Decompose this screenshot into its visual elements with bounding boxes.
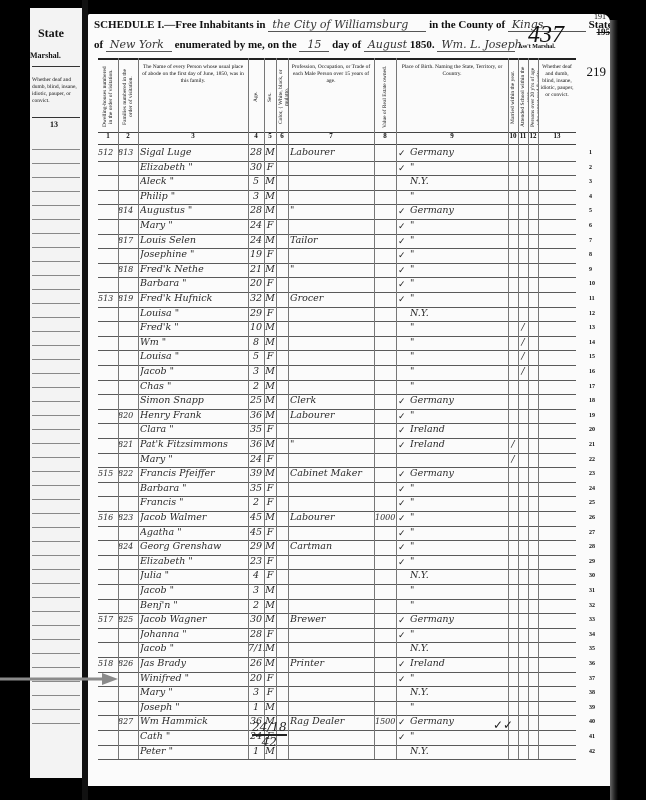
cell-family: 822 [118, 467, 138, 481]
cell-c10 [508, 511, 518, 525]
cell-c11 [518, 730, 528, 744]
cell-c10 [508, 234, 518, 248]
cell-dwelling [98, 628, 118, 642]
grid-line [248, 58, 249, 759]
cell-sex: F [264, 453, 276, 467]
check-mark-icon: ✓ [398, 248, 406, 262]
cell-age: 39 [248, 467, 264, 481]
cell-birth: " [410, 409, 506, 423]
cell-age: 45 [248, 526, 264, 540]
check-mark-icon: ✓ [398, 511, 406, 525]
cell-name: Winifred " [140, 672, 248, 686]
column-header-12: Persons over 20 y'rs of age who cannot r… [528, 60, 538, 132]
cell-dwelling [98, 730, 118, 744]
cell-family [118, 745, 138, 759]
cell-birth: Ireland [410, 423, 506, 437]
column-header-4: Age. [248, 60, 264, 132]
cell-c10 [508, 292, 518, 306]
cell-c11: / [518, 365, 528, 379]
cell-family [118, 394, 138, 408]
cell-birth: " [410, 190, 506, 204]
cell-dwelling [98, 715, 118, 729]
cell-family [118, 686, 138, 700]
cell-age: 20 [248, 277, 264, 291]
cell-c11 [518, 657, 528, 671]
cell-sex: F [264, 219, 276, 233]
cell-birth: " [410, 365, 506, 379]
cell-sex: F [264, 248, 276, 262]
column-number: 11 [518, 132, 528, 140]
cell-value [375, 219, 396, 233]
cell-c12 [528, 204, 538, 218]
cell-value [375, 146, 396, 160]
table-row: Clara "35FIreland✓20 [98, 423, 576, 439]
cell-sex: M [264, 190, 276, 204]
cell-c11 [518, 248, 528, 262]
line-number: 11 [589, 292, 595, 306]
prev-ruled-lines [32, 136, 80, 726]
cell-c12 [528, 555, 538, 569]
check-mark-icon: ✓ [398, 423, 406, 437]
cell-c12 [528, 657, 538, 671]
cell-birth: " [410, 234, 506, 248]
cell-sex: M [264, 146, 276, 160]
cell-age: 32 [248, 292, 264, 306]
cell-c10 [508, 569, 518, 583]
table-row: Wm "8M"/14 [98, 336, 576, 352]
column-header-6: Color, { White, black, or mulatto. [276, 60, 288, 132]
cell-family: 827 [118, 715, 138, 729]
column-header-7: Profession, Occupation, or Trade of each… [288, 60, 374, 132]
prev-marshal-label: Marshal. [30, 51, 61, 60]
cell-value: 1000 [375, 511, 396, 525]
cell-c10 [508, 467, 518, 481]
cell-occupation [290, 599, 374, 613]
cell-occupation [290, 336, 374, 350]
column-header-label: Sex. [267, 64, 273, 130]
cell-age: 19 [248, 248, 264, 262]
cell-family [118, 161, 138, 175]
cell-birth: " [410, 599, 506, 613]
cell-value [375, 263, 396, 277]
of-label: of [94, 39, 103, 51]
cell-c12 [528, 628, 538, 642]
cell-sex: F [264, 569, 276, 583]
cell-c11: / [518, 350, 528, 364]
cell-birth: Germany [410, 613, 506, 627]
prev-state-label: State [38, 26, 64, 41]
cell-family [118, 526, 138, 540]
cell-c12 [528, 730, 538, 744]
cell-c10 [508, 482, 518, 496]
cell-occupation [290, 482, 374, 496]
check-mark-icon: ✓ [398, 555, 406, 569]
cell-value [375, 190, 396, 204]
cell-birth: " [410, 628, 506, 642]
cell-c12 [528, 496, 538, 510]
cell-occupation [290, 175, 374, 189]
cell-dwelling [98, 161, 118, 175]
cell-dwelling [98, 701, 118, 715]
column-header-label: Dwelling-houses numbered in the order of… [102, 64, 114, 130]
table-row: 516823Jacob Walmer45MLabourer1000"✓26 [98, 511, 576, 527]
cell-c11 [518, 555, 528, 569]
line-number: 28 [589, 540, 595, 554]
cell-family [118, 482, 138, 496]
grid-line [276, 58, 277, 759]
cell-value [375, 175, 396, 189]
line-number: 37 [589, 672, 595, 686]
cell-c12 [528, 423, 538, 437]
cell-name: Louis Selen [140, 234, 248, 248]
cell-dwelling [98, 482, 118, 496]
cell-dwelling [98, 496, 118, 510]
cell-dwelling [98, 686, 118, 700]
cell-age: 24 [248, 219, 264, 233]
line-number: 31 [589, 584, 595, 598]
cell-value [375, 467, 396, 481]
cell-age: 20 [248, 672, 264, 686]
cell-value [375, 453, 396, 467]
cell-family [118, 628, 138, 642]
cell-c12 [528, 438, 538, 452]
check-mark-icon: ✓ [398, 672, 406, 686]
cell-occupation [290, 248, 374, 262]
cell-age: 30 [248, 161, 264, 175]
cell-family [118, 175, 138, 189]
line-number: 12 [589, 307, 595, 321]
cell-dwelling [98, 190, 118, 204]
cell-family: 825 [118, 613, 138, 627]
check-mark-icon: ✓ [398, 467, 406, 481]
cell-occupation [290, 365, 374, 379]
cell-occupation: Labourer [290, 146, 374, 160]
cell-c11 [518, 628, 528, 642]
table-row: Louisa "29FN.Y.12 [98, 307, 576, 323]
column-number: 1 [98, 132, 118, 140]
table-row: Johanna "28F"✓34 [98, 628, 576, 644]
cell-c10 [508, 248, 518, 262]
line-number: 9 [589, 263, 592, 277]
cell-c12 [528, 248, 538, 262]
cell-c12 [528, 584, 538, 598]
totals-top: 24/18 [252, 721, 287, 736]
cell-c11 [518, 307, 528, 321]
cell-c10 [508, 701, 518, 715]
line-number: 35 [589, 642, 595, 656]
table-row: Elizabeth "30F"✓2 [98, 161, 576, 177]
cell-family [118, 584, 138, 598]
cell-c10 [508, 730, 518, 744]
cell-birth: Ireland [410, 657, 506, 671]
cell-name: Mary " [140, 686, 248, 700]
cell-dwelling [98, 175, 118, 189]
table-row: Joseph "1M"39 [98, 701, 576, 717]
check-mark-icon: ✓ [398, 161, 406, 175]
cell-dwelling [98, 453, 118, 467]
cell-c12 [528, 467, 538, 481]
cell-c12 [528, 599, 538, 613]
table-row: 512813Sigal Luge28MLabourerGermany✓1 [98, 146, 576, 162]
cell-c11 [518, 526, 528, 540]
cell-c12 [528, 569, 538, 583]
table-row: Chas "2M"17 [98, 380, 576, 396]
table-row: Peter "1MN.Y.42 [98, 745, 576, 761]
cell-c12 [528, 613, 538, 627]
cell-family [118, 219, 138, 233]
column-header-label: Persons over 20 y'rs of age who cannot r… [530, 64, 538, 130]
cell-family [118, 555, 138, 569]
cell-c11 [518, 496, 528, 510]
table-row: Mary "24F"✓6 [98, 219, 576, 235]
check-mark-icon: ✓ [398, 540, 406, 554]
cell-dwelling [98, 555, 118, 569]
cell-age: 3 [248, 584, 264, 598]
line-number: 26 [589, 511, 595, 525]
table-row: Aleck "5MN.Y.3 [98, 175, 576, 191]
cell-birth: " [410, 540, 506, 554]
cell-value [375, 540, 396, 554]
prev-column-header: Whether deaf and dumb, blind, insane, id… [32, 66, 80, 118]
cell-family: 817 [118, 234, 138, 248]
cell-age: 23 [248, 555, 264, 569]
cell-c11 [518, 277, 528, 291]
column-number: 6 [276, 132, 288, 140]
cell-birth: " [410, 730, 506, 744]
line-number: 7 [589, 234, 592, 248]
column-number: 2 [118, 132, 138, 140]
line-number: 42 [589, 745, 595, 759]
line-number: 6 [589, 219, 592, 233]
table-row: 821Pat'k Fitzsimmons36M"Ireland/✓21 [98, 438, 576, 454]
cell-c12 [528, 234, 538, 248]
cell-age: 3 [248, 365, 264, 379]
column-header-label: Value of Real Estate owned. [382, 64, 388, 130]
cell-c10: / [508, 453, 518, 467]
cell-value [375, 248, 396, 262]
cell-value [375, 409, 396, 423]
col11-total-mark: ✓ [503, 718, 513, 732]
column-number: 7 [288, 132, 374, 140]
cell-c11 [518, 204, 528, 218]
column-header-label: Attended School within the year. [520, 64, 528, 130]
cell-c12 [528, 511, 538, 525]
cell-family [118, 350, 138, 364]
cell-family [118, 453, 138, 467]
column-header-label: Color, { White, black, or mulatto. [278, 64, 288, 130]
cell-dwelling: 515 [98, 467, 118, 481]
line-number: 1 [589, 146, 592, 160]
cell-birth: " [410, 219, 506, 233]
cell-sex: M [264, 599, 276, 613]
cell-sex: M [264, 657, 276, 671]
cell-occupation [290, 219, 374, 233]
table-row: 814Augustus "28M"Germany✓5 [98, 204, 576, 220]
cell-c12 [528, 380, 538, 394]
cell-age: 2 [248, 496, 264, 510]
column-header-label: The Name of every Person whose usual pla… [140, 64, 246, 85]
cell-value [375, 423, 396, 437]
table-row: Mary "24F/22 [98, 453, 576, 469]
cell-name: Francis " [140, 496, 248, 510]
cell-c11 [518, 569, 528, 583]
cell-birth: " [410, 263, 506, 277]
previous-page-edge: State Marshal. Whether deaf and dumb, bl… [30, 8, 86, 778]
line-number: 38 [589, 686, 595, 700]
cell-birth: " [410, 161, 506, 175]
enumerated-label: enumerated by me, on the [175, 39, 297, 51]
cell-dwelling [98, 438, 118, 452]
cell-c11: / [518, 321, 528, 335]
line-number: 25 [589, 496, 595, 510]
cell-name: Johanna " [140, 628, 248, 642]
cell-sex: M [264, 365, 276, 379]
column-header-3: The Name of every Person whose usual pla… [138, 60, 248, 132]
cell-dwelling [98, 248, 118, 262]
cell-name: Mary " [140, 453, 248, 467]
cell-age: 3 [248, 190, 264, 204]
cell-occupation [290, 350, 374, 364]
cell-sex: F [264, 672, 276, 686]
cell-dwelling [98, 599, 118, 613]
cell-dwelling [98, 336, 118, 350]
cell-c10 [508, 745, 518, 759]
table-row: Elizabeth "23F"✓29 [98, 555, 576, 571]
line-number: 33 [589, 613, 595, 627]
cell-occupation [290, 423, 374, 437]
check-mark-icon: ✓ [398, 628, 406, 642]
column-number: 8 [374, 132, 396, 140]
cell-occupation: Clerk [290, 394, 374, 408]
cell-birth: Germany [410, 394, 506, 408]
cell-name: Jacob Wagner [140, 613, 248, 627]
cell-value [375, 672, 396, 686]
cell-name: Elizabeth " [140, 161, 248, 175]
state-field: New York [106, 38, 172, 52]
cell-name: Jacob " [140, 365, 248, 379]
cell-birth: " [410, 277, 506, 291]
column-header-2: Families numbered in the order of visita… [118, 60, 138, 132]
table-row: Mary "3FN.Y.38 [98, 686, 576, 702]
cell-c10 [508, 336, 518, 350]
cell-occupation: Grocer [290, 292, 374, 306]
column-number: 10 [508, 132, 518, 140]
cell-birth: N.Y. [410, 686, 506, 700]
cell-dwelling [98, 380, 118, 394]
cell-family [118, 496, 138, 510]
cell-age: 29 [248, 307, 264, 321]
cell-c12 [528, 409, 538, 423]
line-number: 40 [589, 715, 595, 729]
cell-occupation: " [290, 204, 374, 218]
cell-value [375, 657, 396, 671]
column-header-10: Married within the year. [508, 60, 518, 132]
cell-c10 [508, 540, 518, 554]
cell-dwelling [98, 745, 118, 759]
cell-birth: " [410, 584, 506, 598]
cell-sex: M [264, 540, 276, 554]
census-page: 191 195 219 SCHEDULE I.—Free Inhabitants… [88, 14, 610, 786]
cell-c10 [508, 496, 518, 510]
line-number: 3 [589, 175, 592, 189]
cell-c11 [518, 175, 528, 189]
cell-dwelling [98, 423, 118, 437]
check-mark-icon: ✓ [398, 715, 406, 729]
cell-c10 [508, 555, 518, 569]
cell-occupation [290, 277, 374, 291]
cell-family [118, 321, 138, 335]
check-mark-icon: ✓ [398, 613, 406, 627]
cell-name: Joseph " [140, 701, 248, 715]
cell-dwelling [98, 569, 118, 583]
day-field: 15 [299, 38, 329, 52]
cell-dwelling: 518 [98, 657, 118, 671]
cell-dwelling: 513 [98, 292, 118, 306]
cell-value [375, 292, 396, 306]
cell-c12 [528, 350, 538, 364]
cell-age: 30 [248, 613, 264, 627]
cell-value [375, 584, 396, 598]
cell-birth: Germany [410, 715, 506, 729]
cell-value [375, 350, 396, 364]
cell-c11 [518, 540, 528, 554]
cell-dwelling [98, 204, 118, 218]
cell-c12 [528, 263, 538, 277]
cell-c12 [528, 365, 538, 379]
column-header-label: Married within the year. [510, 64, 516, 130]
cell-family [118, 672, 138, 686]
cell-age: 5 [248, 175, 264, 189]
cell-age: 1 [248, 701, 264, 715]
grid-line [528, 58, 529, 759]
cell-c12 [528, 686, 538, 700]
column-number: 4 [248, 132, 264, 140]
check-mark-icon: ✓ [398, 394, 406, 408]
cell-c12 [528, 394, 538, 408]
cell-age: 24 [248, 453, 264, 467]
cell-sex: M [264, 584, 276, 598]
cell-occupation [290, 380, 374, 394]
line-number: 14 [589, 336, 595, 350]
cell-value [375, 394, 396, 408]
column-header-13: Whether deaf and dumb, blind, insane, id… [538, 60, 576, 132]
cell-c10 [508, 526, 518, 540]
cell-c10 [508, 613, 518, 627]
cell-sex: M [264, 467, 276, 481]
column-header-9: Place of Birth. Naming the State, Territ… [396, 60, 508, 132]
line-number: 21 [589, 438, 595, 452]
cell-occupation [290, 686, 374, 700]
cell-c10 [508, 161, 518, 175]
cell-c10 [508, 380, 518, 394]
cell-age: 24 [248, 234, 264, 248]
cell-sex: F [264, 482, 276, 496]
grid-line [518, 58, 519, 759]
grid-line [288, 58, 289, 759]
cell-age: 26 [248, 657, 264, 671]
cell-c10 [508, 365, 518, 379]
cell-c12 [528, 540, 538, 554]
prev-column-number: 13 [50, 120, 58, 129]
cell-name: Aleck " [140, 175, 248, 189]
cell-dwelling [98, 234, 118, 248]
cell-value [375, 438, 396, 452]
cell-sex: F [264, 686, 276, 700]
cell-family: 824 [118, 540, 138, 554]
cell-birth: " [410, 321, 506, 335]
cell-c10 [508, 307, 518, 321]
table-row: Jacob "3M"31 [98, 584, 576, 600]
